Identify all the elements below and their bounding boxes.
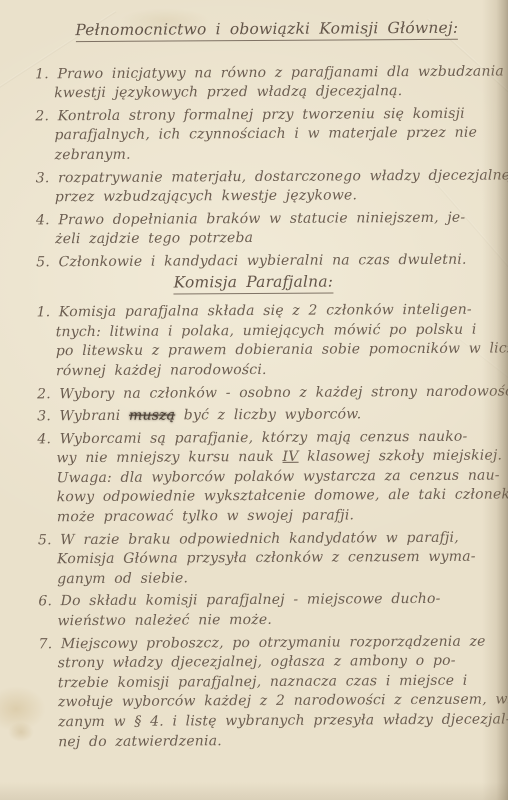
text-line: parafjalnych, ich czynnościach i w mater… bbox=[54, 124, 506, 146]
text-line: po litewsku z prawem dobierania sobie po… bbox=[56, 340, 508, 362]
underlined-word: IV bbox=[282, 449, 298, 465]
document-heading: Komisja Parafjalna: bbox=[0, 271, 507, 294]
text-line: 2. Wybory na członków - osobno z każdej … bbox=[37, 382, 508, 404]
text-line: ganym od siebie. bbox=[57, 567, 508, 589]
underlined-heading-text: Pełnomocnictwo i obowiązki Komisji Główn… bbox=[75, 19, 458, 42]
text-line: wy nie mniejszy kursu nauk IV klasowej s… bbox=[56, 447, 508, 469]
text-line: 3. Wybrani muszą być z liczby wyborców. bbox=[37, 405, 508, 427]
text-line: kowy odpowiednie wykształcenie domowe, a… bbox=[57, 486, 508, 508]
text-line: strony władzy djecezjalnej, ogłasza z am… bbox=[58, 652, 508, 674]
text-line: kwestji językowych przed władzą djecezja… bbox=[54, 82, 506, 104]
text-line: zanym w § 4. i listę wybranych przesyła … bbox=[58, 710, 508, 732]
text-line: może pracować tylko w swojej parafji. bbox=[57, 506, 508, 528]
text-line: równej każdej narodowości. bbox=[56, 359, 508, 381]
text-line: wieństwo należeć nie może. bbox=[57, 609, 508, 631]
underlined-heading-text: Komisja Parafjalna: bbox=[174, 272, 334, 294]
text-line: trzebie komisji parafjalnej, naznacza cz… bbox=[58, 671, 508, 693]
page-edge-shadow bbox=[0, 782, 508, 800]
text-line: Uwaga: dla wyborców polaków wystarcza za… bbox=[57, 466, 508, 488]
text-line: Komisja Główna przysyła członków z cenzu… bbox=[57, 548, 508, 570]
handwritten-text: Pełnomocnictwo i obowiązki Komisji Główn… bbox=[0, 12, 508, 752]
corrected-word: muszą bbox=[129, 408, 175, 424]
text-line: żeli zajdzie tego potrzeba bbox=[55, 228, 507, 250]
document-title: Pełnomocnictwo i obowiązki Komisji Główn… bbox=[28, 18, 506, 41]
text-line: przez wzbudzających kwestje językowe. bbox=[55, 186, 507, 208]
text-line: zwołuje wyborców każdej z 2 narodowości … bbox=[58, 691, 508, 713]
text-line: nej do zatwierdzenia. bbox=[58, 730, 508, 752]
manuscript-page: Pełnomocnictwo i obowiązki Komisji Główn… bbox=[0, 0, 508, 800]
text-line: zebranym. bbox=[55, 143, 507, 165]
text-line: tnych: litwina i polaka, umiejących mówi… bbox=[56, 320, 508, 342]
text-line: 5. Członkowie i kandydaci wybieralni na … bbox=[36, 250, 507, 272]
